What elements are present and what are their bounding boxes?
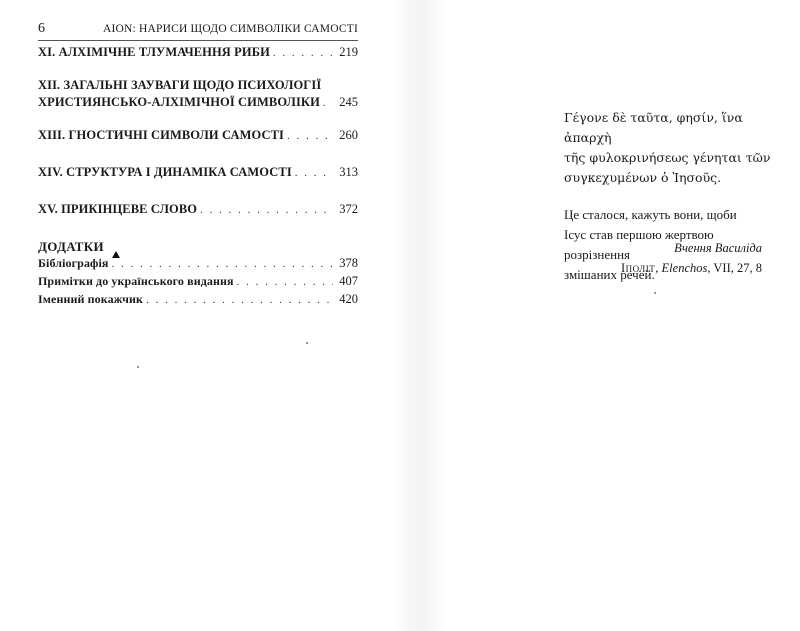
running-title: AION: НАРИСИ ЩОДО СИМВОЛІКИ САМОСТІ [103, 23, 358, 35]
toc-page-number: 378 [339, 255, 358, 272]
toc-page-number: 372 [339, 201, 358, 218]
leader-dots [112, 256, 334, 273]
leader-dots [295, 165, 333, 182]
leader-dots [273, 45, 333, 62]
epigraph-greek: Γέγονε δὲ ταῦτα, φησίν, ἵνα ἀπαρχὴ τῆς φ… [564, 108, 779, 188]
toc-page-number: 420 [339, 291, 358, 308]
scan-speck [654, 292, 656, 294]
leader-dots [200, 202, 333, 219]
page-number: 6 [38, 21, 45, 37]
toc-page-number: 313 [339, 164, 358, 181]
leader-dots [287, 128, 333, 145]
toc-page-number: 407 [339, 273, 358, 290]
mouse-cursor-icon [112, 251, 120, 258]
attribution-school: Вчення Василіда [621, 238, 762, 258]
attribution-source: Іполіт, Elenchos, VII, 27, 8 [621, 258, 762, 278]
toc-entry-xi[interactable]: XI. АЛХІМІЧНЕ ТЛУМАЧЕННЯ РИБИ 219 [38, 44, 358, 62]
toc-entry-notes[interactable]: Примітки до українського видання 407 [38, 273, 358, 291]
leader-dots [323, 95, 333, 112]
toc-entry-bibliography[interactable]: Бібліографія 378 [38, 255, 358, 273]
appendix-heading: ДОДАТКИ [38, 238, 358, 255]
toc-page-number: 219 [339, 44, 358, 61]
left-page: 6 AION: НАРИСИ ЩОДО СИМВОЛІКИ САМОСТІ XI… [0, 0, 400, 631]
toc-entry-name-index[interactable]: Іменний покажчик 420 [38, 291, 358, 309]
scan-speck [137, 366, 139, 368]
leader-dots [237, 274, 334, 291]
scan-speck [306, 342, 308, 344]
leader-dots [146, 292, 333, 309]
toc-entry-xiii[interactable]: XIII. ГНОСТИЧНІ СИМВОЛИ САМОСТІ 260 [38, 127, 358, 145]
toc-entry-xv[interactable]: XV. ПРИКІНЦЕВЕ СЛОВО 372 [38, 201, 358, 219]
toc-entry-xii[interactable]: XII. ЗАГАЛЬНІ ЗАУВАГИ ЩОДО ПСИХОЛОГІЇ ХР… [38, 77, 358, 112]
book-spread: 6 AION: НАРИСИ ЩОДО СИМВОЛІКИ САМОСТІ XI… [0, 0, 800, 631]
running-header: 6 AION: НАРИСИ ЩОДО СИМВОЛІКИ САМОСТІ [38, 21, 358, 41]
epigraph-attribution: Вчення Василіда Іполіт, Elenchos, VII, 2… [621, 238, 762, 278]
table-of-contents: XI. АЛХІМІЧНЕ ТЛУМАЧЕННЯ РИБИ 219 XII. З… [38, 44, 358, 309]
toc-page-number: 260 [339, 127, 358, 144]
toc-page-number: 245 [339, 94, 358, 111]
right-page [400, 0, 800, 631]
toc-entry-xiv[interactable]: XIV. СТРУКТУРА І ДИНАМІКА САМОСТІ 313 [38, 164, 358, 182]
